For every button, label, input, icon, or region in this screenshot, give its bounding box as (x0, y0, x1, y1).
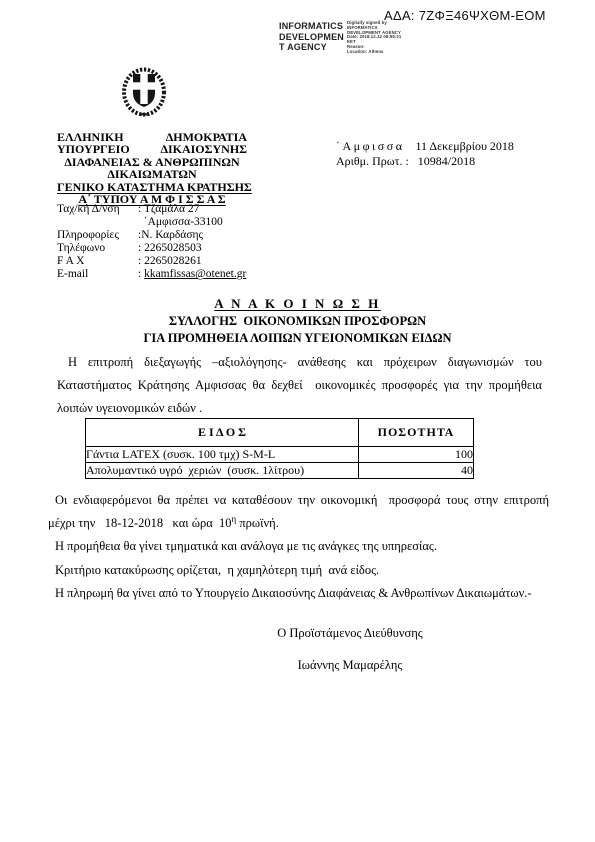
item-quantity: 40 (359, 463, 474, 479)
table-row: Απολυμαντικό υγρό χεριών (συσκ. 1λίτρου)… (86, 463, 474, 479)
document-page: ΑΔΑ: 7ΖΦΞ46ΨΧΘΜ-ΕΟΜ INFORMATICS DEVELOPM… (0, 0, 595, 842)
document-date: 11 Δεκεμβρίου 2018 (415, 139, 513, 153)
table-header-item: Ε Ι Δ Ο Σ (86, 419, 359, 447)
stamp-signature-details: Digitally signed by INFORMATICS DEVELOPM… (347, 21, 401, 55)
signature-name: Ιωάννης Μαμαρέλης (240, 658, 460, 673)
contact-row-phone: Τηλέφωνο : 2265028503 (57, 242, 337, 255)
payment-paragraph: Η πληρωμή θα γίνει από το Υπουργείο Δικα… (48, 582, 549, 605)
stamp-agency-name: INFORMATICS DEVELOPMEN T AGENCY (279, 21, 344, 55)
letterhead-line-2: ΥΠΟΥΡΓΕΙΟ ΔΙΚΑΙΟΣΥΝΗΣ (57, 143, 247, 155)
item-quantity: 100 (359, 447, 474, 463)
intro-paragraph: Η επιτροπή διεξαγωγής –αξιολόγησης- ανάθ… (57, 351, 542, 420)
digital-signature-stamp: INFORMATICS DEVELOPMEN T AGENCY Digitall… (279, 21, 401, 55)
table-header-row: Ε Ι Δ Ο Σ ΠΟΣΟΤΗΤΑ (86, 419, 474, 447)
letterhead: ΕΛΛΗΝΙΚΗ ΔΗΜΟΚΡΑΤΙΑ ΥΠΟΥΡΓΕΙΟ ΔΙΚΑΙΟΣΥΝΗ… (57, 131, 247, 205)
city: ΄Αμφισσα (336, 139, 404, 153)
supply-terms-paragraph: Η προμήθεια θα γίνει τμηματικά και ανάλο… (48, 535, 549, 558)
protocol-label: Αριθμ. Πρωτ. : (336, 154, 409, 168)
protocol-line: Αριθμ. Πρωτ. : 10984/2018 (336, 154, 514, 169)
contact-block: Ταχ/κή Δ/νση : Τζαμάλα 27 ΄Αμφισσα-33100… (57, 203, 337, 282)
email-link[interactable]: kkamfissas@otenet.gr (144, 268, 246, 280)
award-criterion-paragraph: Κριτήριο κατακύρωσης ορίζεται, η χαμηλότ… (48, 559, 549, 582)
closing-paragraphs: Οι ενδιαφερόμενοι θα πρέπει να καταθέσου… (48, 489, 549, 605)
city-date-line: ΄Αμφισσα 11 Δεκεμβρίου 2018 (336, 139, 514, 154)
deadline-paragraph: Οι ενδιαφερόμενοι θα πρέπει να καταθέσου… (48, 489, 549, 535)
items-table: Ε Ι Δ Ο Σ ΠΟΣΟΤΗΤΑ Γάντια LATEX (συσκ. 1… (85, 418, 474, 479)
table-row: Γάντια LATEX (συσκ. 100 τμχ) S-M-L 100 (86, 447, 474, 463)
announcement-title: Α Ν Α Κ Ο Ι Ν Ω Σ Η (0, 295, 595, 313)
item-name: Γάντια LATEX (συσκ. 100 τμχ) S-M-L (86, 447, 359, 463)
announcement-subtitle-1: ΣΥΛΛΟΓΗΣ ΟΙΚΟΝΟΜΙΚΩΝ ΠΡΟΣΦΟΡΩΝ (0, 313, 595, 330)
item-name: Απολυμαντικό υγρό χεριών (συσκ. 1λίτρου) (86, 463, 359, 479)
contact-row-address-2: ΄Αμφισσα-33100 (57, 216, 337, 229)
ada-code: ΑΔΑ: 7ΖΦΞ46ΨΧΘΜ-ΕΟΜ (384, 8, 546, 23)
table-header-quantity: ΠΟΣΟΤΗΤΑ (359, 419, 474, 447)
signature-role: Ο Προϊστάμενος Διεύθυνσης (240, 626, 460, 641)
announcement-title-block: Α Ν Α Κ Ο Ι Ν Ω Σ Η ΣΥΛΛΟΓΗΣ ΟΙΚΟΝΟΜΙΚΩΝ… (0, 295, 595, 347)
greek-emblem-icon (119, 66, 169, 118)
contact-row-information: Πληροφορίες :Ν. Καρδάσης (57, 229, 337, 242)
reference-block: ΄Αμφισσα 11 Δεκεμβρίου 2018 Αριθμ. Πρωτ.… (336, 139, 514, 168)
contact-row-address: Ταχ/κή Δ/νση : Τζαμάλα 27 (57, 203, 337, 216)
announcement-subtitle-2: ΓΙΑ ΠΡΟΜΗΘΕΙΑ ΛΟΙΠΩΝ ΥΓΕΙΟΝΟΜΙΚΩΝ ΕΙΔΩΝ (0, 330, 595, 347)
contact-row-fax: F A X : 2265028261 (57, 255, 337, 268)
protocol-number: 10984/2018 (418, 154, 475, 168)
contact-row-email: E-mail : kkamfissas@otenet.gr (57, 268, 337, 281)
